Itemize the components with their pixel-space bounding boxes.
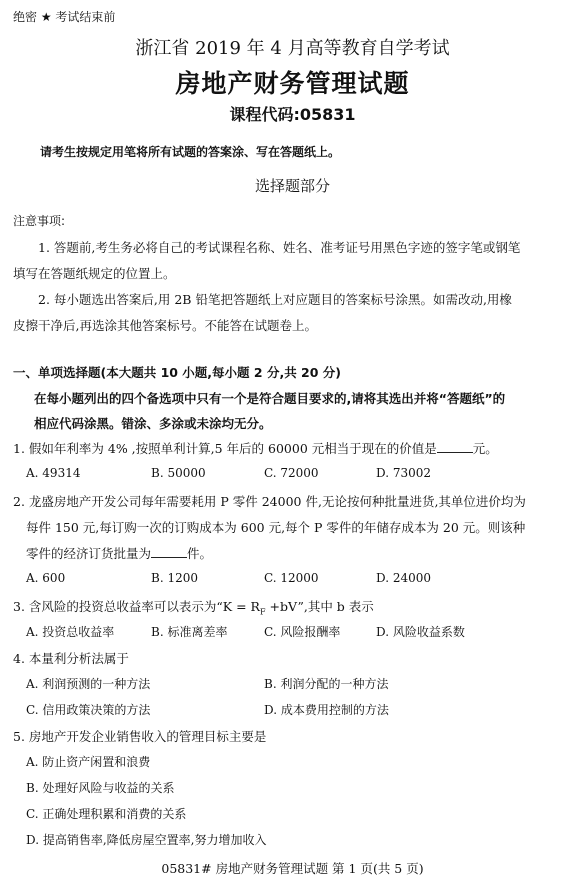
note-1-line2: 填写在答题纸规定的位置上。 — [13, 264, 176, 282]
question-1-option-d: D. 73002 — [376, 466, 431, 480]
question-3-stem-end: +bV”,其中 b 表示 — [266, 599, 374, 614]
subject-title: 房地产财务管理试题 — [0, 64, 585, 100]
question-1-option-b: B. 50000 — [151, 466, 206, 480]
question-2-option-c: C. 12000 — [264, 571, 319, 585]
question-4-option-c: C. 信用政策决策的方法 — [26, 701, 150, 718]
part1-desc-line2: 相应代码涂黑。错涂、多涂或未涂均无分。 — [34, 414, 272, 432]
question-5-option-c: C. 正确处理积累和消费的关系 — [26, 805, 186, 822]
question-1-stem: 1. 假如年利率为 4% ,按照单利计算,5 年后的 60000 元相当于现在的… — [13, 439, 498, 457]
question-4-option-b: B. 利润分配的一种方法 — [264, 675, 388, 692]
question-1-stem-end: 元。 — [473, 441, 498, 456]
question-5-option-d: D. 提高销售率,降低房屋空置率,努力增加收入 — [26, 831, 266, 848]
part1-heading: 一、单项选择题(本大题共 10 小题,每小题 2 分,共 20 分) — [13, 363, 341, 381]
confidential-label: 绝密 ★ 考试结束前 — [13, 8, 115, 25]
question-4-stem: 4. 本量利分析法属于 — [13, 649, 129, 667]
question-3-stem: 3. 含风险的投资总收益率可以表示为“K = RF +bV”,其中 b 表示 — [13, 597, 374, 617]
page-footer: 05831# 房地产财务管理试题 第 1 页(共 5 页) — [0, 859, 585, 877]
question-2-line3-end: 件。 — [187, 546, 212, 561]
question-2-line1: 2. 龙盛房地产开发公司每年需要耗用 P 零件 24000 件,无论按何种批量进… — [13, 492, 526, 510]
note-2-line2: 皮擦干净后,再选涂其他答案标号。不能答在试题卷上。 — [13, 316, 317, 334]
question-1-stem-text: 1. 假如年利率为 4% ,按照单利计算,5 年后的 60000 元相当于现在的… — [13, 441, 437, 456]
question-2-option-d: D. 24000 — [376, 571, 431, 585]
question-2-line3-text: 零件的经济订货批量为 — [26, 546, 151, 561]
question-2-line2: 每件 150 元,每订购一次的订购成本为 600 元,每个 P 零件的年储存成本… — [26, 518, 525, 536]
notes-title: 注意事项: — [13, 212, 65, 229]
question-3-option-d: D. 风险收益系数 — [376, 623, 465, 640]
question-1-option-c: C. 72000 — [264, 466, 319, 480]
note-1-line1: 1. 答题前,考生务必将自己的考试课程名称、姓名、准考证号用黑色字迹的签字笔或钢… — [38, 238, 520, 256]
answer-blank — [151, 545, 187, 559]
answer-instruction: 请考生按规定用笔将所有试题的答案涂、写在答题纸上。 — [40, 143, 340, 160]
question-3-option-b: B. 标准离差率 — [151, 623, 227, 640]
question-3-stem-text: 3. 含风险的投资总收益率可以表示为“K = R — [13, 599, 260, 614]
question-4-option-d: D. 成本费用控制的方法 — [264, 701, 389, 718]
question-5-option-a: A. 防止资产闲置和浪费 — [26, 753, 150, 770]
question-5-stem: 5. 房地产开发企业销售收入的管理目标主要是 — [13, 727, 266, 745]
question-2-line3: 零件的经济订货批量为件。 — [26, 544, 212, 562]
question-3-option-c: C. 风险报酬率 — [264, 623, 340, 640]
question-1-option-a: A. 49314 — [26, 466, 80, 480]
section-title: 选择题部分 — [0, 175, 585, 196]
answer-blank — [437, 440, 473, 454]
note-2-line1: 2. 每小题选出答案后,用 2B 铅笔把答题纸上对应题目的答案标号涂黑。如需改动… — [38, 290, 512, 308]
course-code: 课程代码:05831 — [0, 102, 585, 125]
part1-desc-line1: 在每小题列出的四个备选项中只有一个是符合题目要求的,请将其选出并将“答题纸”的 — [34, 389, 505, 407]
question-5-option-b: B. 处理好风险与收益的关系 — [26, 779, 174, 796]
question-4-option-a: A. 利润预测的一种方法 — [26, 675, 150, 692]
question-2-option-b: B. 1200 — [151, 571, 198, 585]
question-2-option-a: A. 600 — [26, 571, 65, 585]
exam-title: 浙江省 2019 年 4 月高等教育自学考试 — [0, 34, 585, 60]
question-3-option-a: A. 投资总收益率 — [26, 623, 114, 640]
